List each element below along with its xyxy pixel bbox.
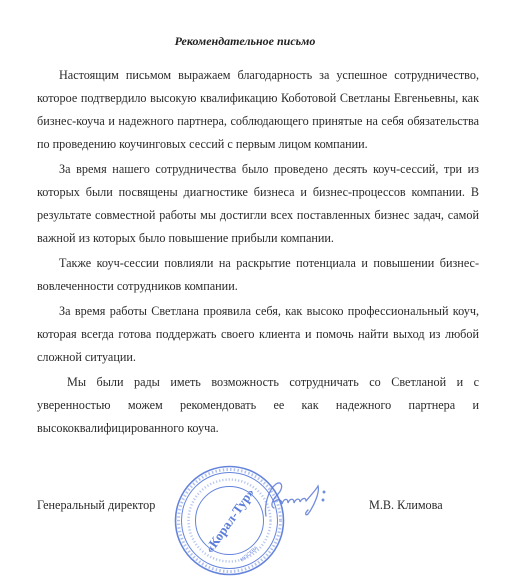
letter-title: Рекомендательное письмо bbox=[0, 34, 490, 49]
paragraph-potential: Также коуч-сессии повлияли на раскрытие … bbox=[37, 252, 479, 298]
signatory-name: М.В. Климова bbox=[369, 498, 443, 513]
letter-body: Настоящим письмом выражаем благодарность… bbox=[37, 64, 479, 440]
paragraph-gratitude: Настоящим письмом выражаем благодарность… bbox=[37, 64, 479, 156]
letter-page: Рекомендательное письмо Настоящим письмо… bbox=[0, 0, 521, 584]
paragraph-recommendation: Мы были рады иметь возможность сотруднич… bbox=[37, 371, 479, 440]
handwritten-signature-icon bbox=[260, 476, 332, 520]
stamp-company-text: «Корал-Тур» bbox=[202, 485, 258, 555]
paragraph-professional: За время работы Светлана проявила себя, … bbox=[37, 300, 479, 369]
paragraph-sessions: За время нашего сотрудничества было пров… bbox=[37, 158, 479, 250]
signatory-position: Генеральный директор bbox=[37, 498, 155, 513]
